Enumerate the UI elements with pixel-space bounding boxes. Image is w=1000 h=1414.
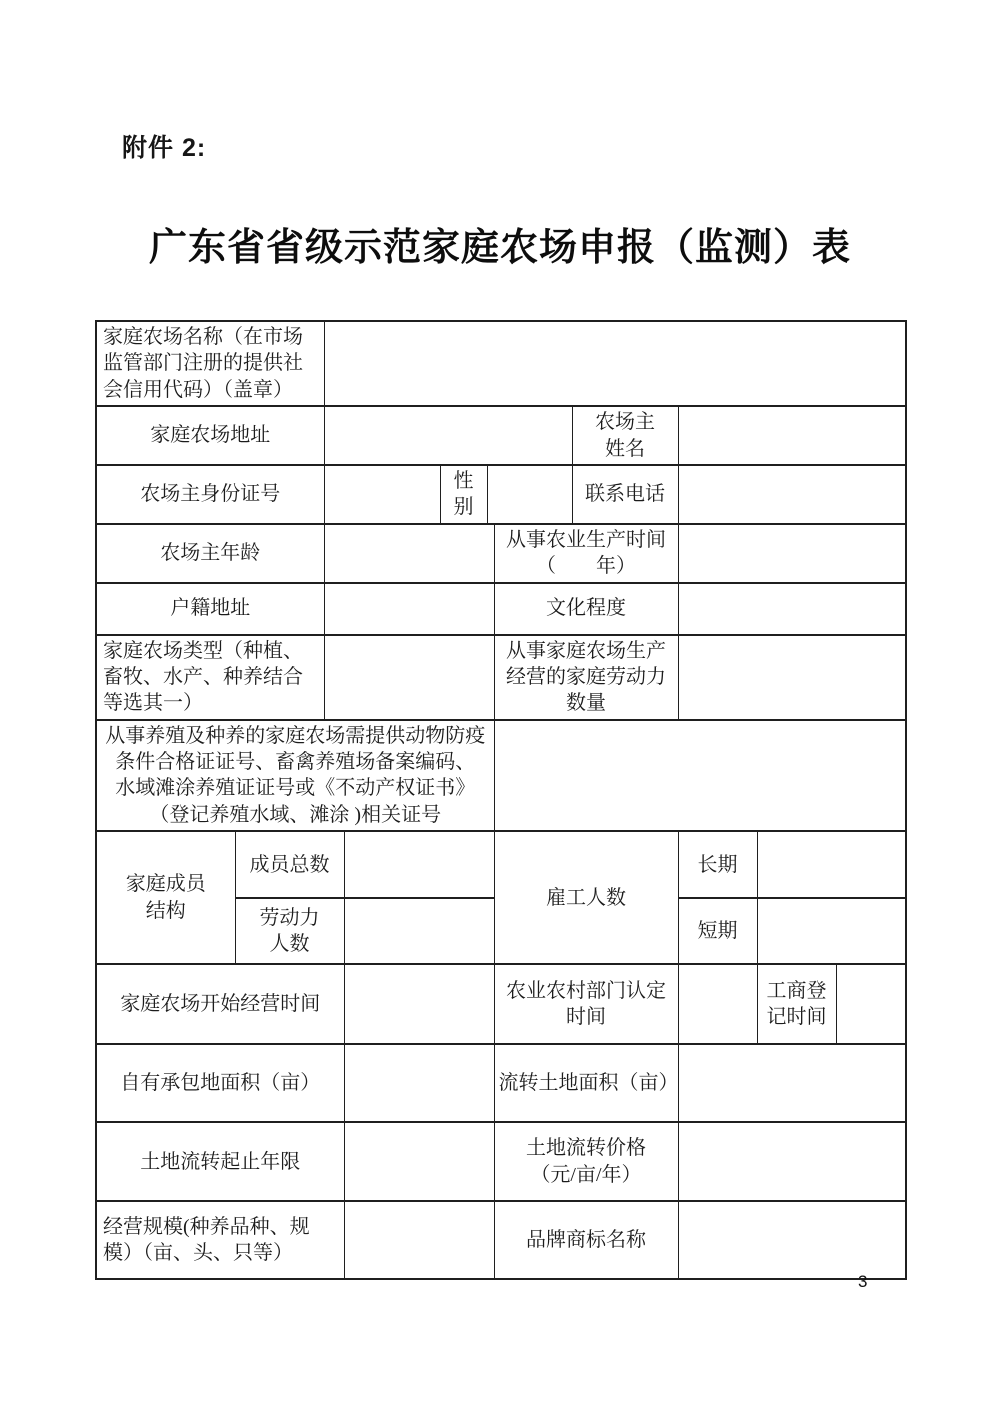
- farm-name-value-cell: [324, 321, 906, 406]
- farm-name-label: 家庭农场名称（在市场监管部门注册的提供社会信用代码）（盖章）: [96, 321, 324, 406]
- farmer-age-value-cell: [324, 524, 494, 583]
- own-land-label: 自有承包地面积（亩）: [96, 1044, 344, 1122]
- transfer-price-value-cell: [678, 1122, 906, 1201]
- row-farm-name: 家庭农场名称（在市场监管部门注册的提供社会信用代码）（盖章）: [96, 321, 906, 406]
- transfer-land-value-cell: [678, 1044, 906, 1122]
- household-address-label: 户籍地址: [96, 583, 324, 635]
- family-labor-value-cell: [678, 635, 906, 720]
- farmer-id-value-cell: [324, 465, 440, 524]
- gender-value-cell: [487, 465, 572, 524]
- business-reg-label: 工商登 记时间: [757, 964, 836, 1044]
- row-farmer-age: 农场主年龄 从事农业生产时间 （ 年）: [96, 524, 906, 583]
- dept-confirm-label: 农业农村部门认定 时间: [494, 964, 678, 1044]
- household-address-value-cell: [324, 583, 494, 635]
- scale-value-cell: [344, 1201, 494, 1279]
- row-scale: 经营规模(种养品种、规模）（亩、头、只等） 品牌商标名称: [96, 1201, 906, 1279]
- row-certificates: 从事养殖及种养的家庭农场需提供动物防疫 条件合格证证号、畜禽养殖场备案编码、 水…: [96, 720, 906, 832]
- farming-years-label: 从事农业生产时间 （ 年）: [494, 524, 678, 583]
- farming-years-value-cell: [678, 524, 906, 583]
- longterm-label: 长期: [678, 831, 757, 898]
- own-land-value-cell: [344, 1044, 494, 1122]
- brand-label: 品牌商标名称: [494, 1201, 678, 1279]
- transfer-land-label: 流转土地面积（亩）: [494, 1044, 678, 1122]
- gender-label: 性 别: [440, 465, 487, 524]
- certificates-label: 从事养殖及种养的家庭农场需提供动物防疫 条件合格证证号、畜禽养殖场备案编码、 水…: [96, 720, 494, 832]
- attachment-label: 附件 2:: [122, 128, 206, 164]
- farm-type-label: 家庭农场类型（种植、畜牧、水产、种养结合等选其一）: [96, 635, 324, 720]
- row-transfer-years: 土地流转起止年限 土地流转价格 （元/亩/年）: [96, 1122, 906, 1201]
- farmer-age-label: 农场主年龄: [96, 524, 324, 583]
- start-time-label: 家庭农场开始经营时间: [96, 964, 344, 1044]
- member-total-value-cell: [344, 831, 494, 898]
- education-value-cell: [678, 583, 906, 635]
- business-reg-value-cell: [836, 964, 906, 1044]
- education-label: 文化程度: [494, 583, 678, 635]
- certificates-value-cell: [494, 720, 906, 832]
- phone-label: 联系电话: [572, 465, 678, 524]
- page-number: 3: [858, 1272, 867, 1292]
- dept-confirm-value-cell: [678, 964, 757, 1044]
- family-labor-label: 从事家庭农场生产 经营的家庭劳动力 数量: [494, 635, 678, 720]
- row-member-total: 家庭成员 结构 成员总数 雇工人数 长期: [96, 831, 906, 898]
- farmer-name-value-cell: [678, 406, 906, 465]
- page-title: 广东省省级示范家庭农场申报（监测）表: [0, 216, 1000, 271]
- transfer-years-value-cell: [344, 1122, 494, 1201]
- row-farm-type: 家庭农场类型（种植、畜牧、水产、种养结合等选其一） 从事家庭农场生产 经营的家庭…: [96, 635, 906, 720]
- row-own-land: 自有承包地面积（亩） 流转土地面积（亩）: [96, 1044, 906, 1122]
- farm-address-label: 家庭农场地址: [96, 406, 324, 465]
- brand-value-cell: [678, 1201, 906, 1279]
- row-start-time: 家庭农场开始经营时间 农业农村部门认定 时间 工商登 记时间: [96, 964, 906, 1044]
- farm-type-value-cell: [324, 635, 494, 720]
- form-table: 家庭农场名称（在市场监管部门注册的提供社会信用代码）（盖章） 家庭农场地址 农场…: [95, 320, 907, 1280]
- row-farmer-id: 农场主身份证号 性 别 联系电话: [96, 465, 906, 524]
- farmer-id-label: 农场主身份证号: [96, 465, 324, 524]
- start-time-value-cell: [344, 964, 494, 1044]
- family-structure-label: 家庭成员 结构: [96, 831, 235, 964]
- row-household-address: 户籍地址 文化程度: [96, 583, 906, 635]
- member-total-label: 成员总数: [235, 831, 344, 898]
- row-farm-address: 家庭农场地址 农场主 姓名: [96, 406, 906, 465]
- scale-label: 经营规模(种养品种、规模）（亩、头、只等）: [96, 1201, 344, 1279]
- phone-value-cell: [678, 465, 906, 524]
- labor-count-label: 劳动力 人数: [235, 898, 344, 964]
- transfer-years-label: 土地流转起止年限: [96, 1122, 344, 1201]
- farmer-name-label: 农场主 姓名: [572, 406, 678, 465]
- shortterm-value-cell: [757, 898, 906, 964]
- farm-address-value-cell: [324, 406, 572, 465]
- employee-count-label: 雇工人数: [494, 831, 678, 964]
- longterm-value-cell: [757, 831, 906, 898]
- transfer-price-label: 土地流转价格 （元/亩/年）: [494, 1122, 678, 1201]
- shortterm-label: 短期: [678, 898, 757, 964]
- labor-count-value-cell: [344, 898, 494, 964]
